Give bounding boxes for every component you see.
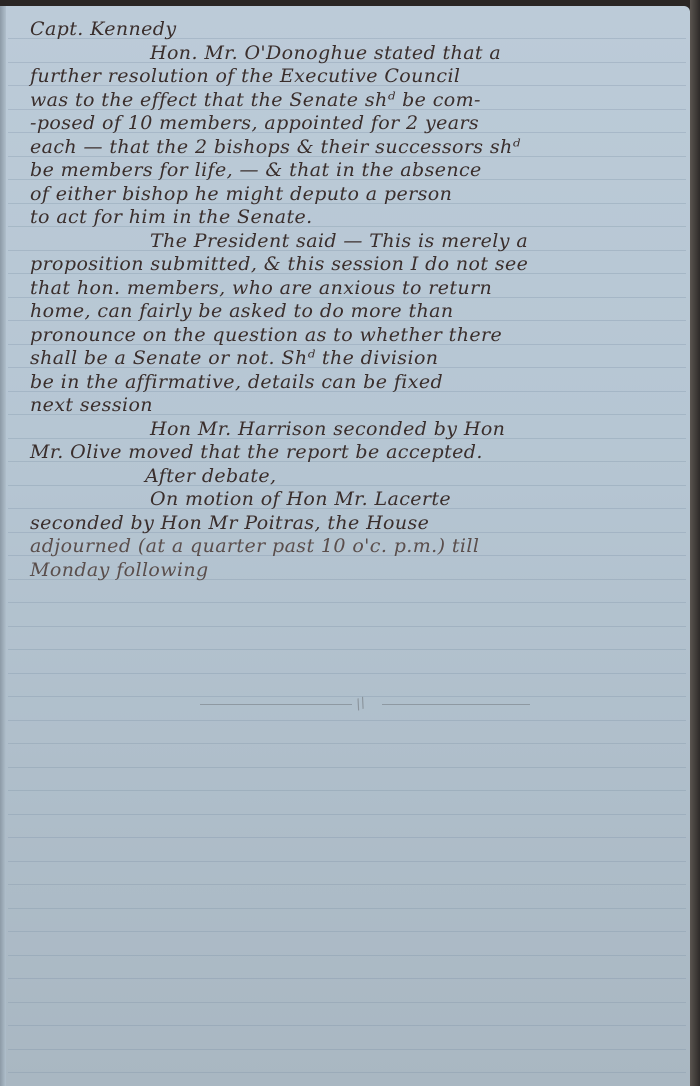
separator-line-right	[382, 704, 530, 705]
ruled-line	[8, 837, 686, 838]
text-line: of either bishop he might deputo a perso…	[30, 183, 672, 207]
text-line: next session	[30, 394, 672, 418]
text-line: further resolution of the Executive Coun…	[30, 65, 672, 89]
ruled-line	[8, 649, 686, 650]
text-line: -posed of 10 members, appointed for 2 ye…	[30, 112, 672, 136]
text-line: The President said — This is merely a	[30, 230, 672, 254]
handwritten-text-block: Capt. Kennedy Hon. Mr. O'Donoghue stated…	[30, 18, 672, 582]
text-line: that hon. members, who are anxious to re…	[30, 277, 672, 301]
separator-line-left	[200, 704, 352, 705]
ruled-line	[8, 720, 686, 721]
text-line: shall be a Senate or not. Shᵈ the divisi…	[30, 347, 672, 371]
text-line: seconded by Hon Mr Poitras, the House	[30, 512, 672, 536]
text-line: On motion of Hon Mr. Lacerte	[30, 488, 672, 512]
ruled-line	[8, 908, 686, 909]
ruled-line	[8, 814, 686, 815]
page-left-edge	[0, 6, 6, 1086]
ruled-line	[8, 673, 686, 674]
ruled-line	[8, 790, 686, 791]
text-line: each — that the 2 bishops & their succes…	[30, 136, 672, 160]
text-line: Hon. Mr. O'Donoghue stated that a	[30, 42, 672, 66]
text-line: pronounce on the question as to whether …	[30, 324, 672, 348]
ruled-line	[8, 884, 686, 885]
text-line: After debate,	[30, 465, 672, 489]
ruled-line	[8, 1025, 686, 1026]
text-line: be members for life, — & that in the abs…	[30, 159, 672, 183]
ruled-line	[8, 1002, 686, 1003]
ruled-line	[8, 743, 686, 744]
text-line: adjourned (at a quarter past 10 o'c. p.m…	[30, 535, 672, 559]
text-line: be in the affirmative, details can be fi…	[30, 371, 672, 395]
ruled-line	[8, 696, 686, 697]
section-separator: //	[200, 700, 530, 710]
ruled-line	[8, 931, 686, 932]
text-line: Mr. Olive moved that the report be accep…	[30, 441, 672, 465]
ruled-line	[8, 602, 686, 603]
text-line: Hon Mr. Harrison seconded by Hon	[30, 418, 672, 442]
ruled-line	[8, 1049, 686, 1050]
text-line: Monday following	[30, 559, 672, 583]
text-line: to act for him in the Senate.	[30, 206, 672, 230]
text-line: was to the effect that the Senate shᵈ be…	[30, 89, 672, 113]
ruled-line	[8, 861, 686, 862]
separator-mark: //	[354, 695, 368, 713]
text-line: proposition submitted, & this session I …	[30, 253, 672, 277]
manuscript-page: Capt. Kennedy Hon. Mr. O'Donoghue stated…	[0, 6, 690, 1086]
heading-name: Capt. Kennedy	[30, 18, 672, 42]
book-binding-edge	[690, 0, 700, 1086]
text-line: home, can fairly be asked to do more tha…	[30, 300, 672, 324]
ruled-line	[8, 767, 686, 768]
ruled-line	[8, 955, 686, 956]
ruled-line	[8, 1072, 686, 1073]
ruled-line	[8, 978, 686, 979]
ruled-line	[8, 626, 686, 627]
